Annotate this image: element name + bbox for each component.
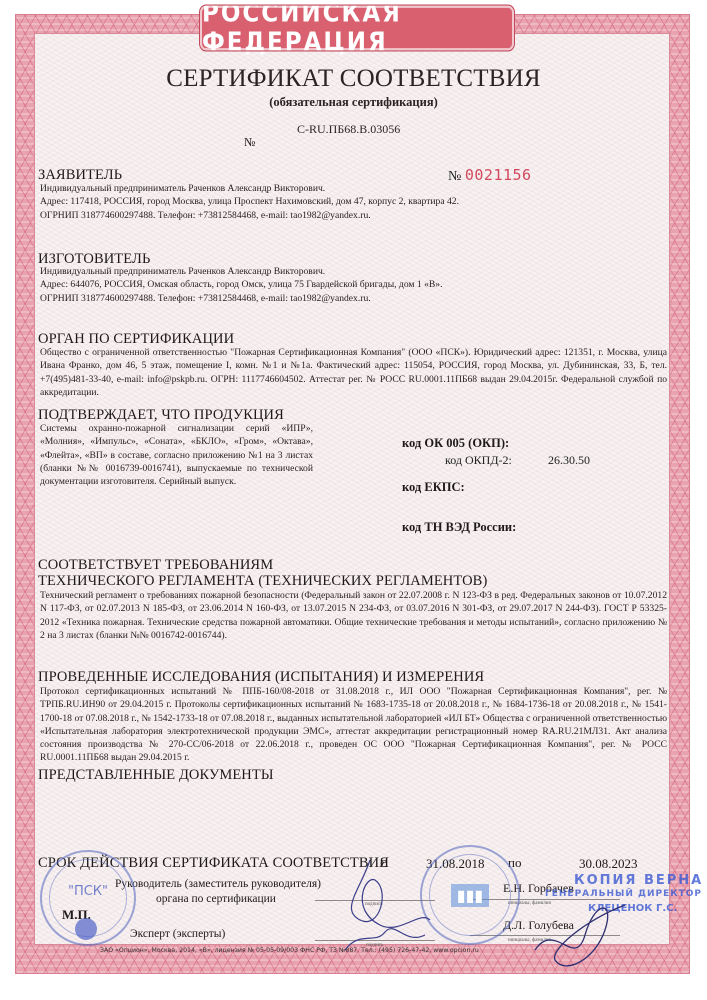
certificate-number: C-RU.ПБ68.В.03056 [297,122,400,137]
document-title: СЕРТИФИКАТ СООТВЕТСТВИЯ [0,65,707,93]
code-ekps-label: код ЕКПС: [402,480,465,495]
stamp-logo-icon: ▮▮▮ [451,884,489,907]
code-tnved-label: код ТН ВЭД России: [402,520,516,535]
manufacturer-details: Индивидуальный предприниматель Раченков … [40,265,670,305]
head-signature-icon [330,850,440,960]
certification-body-text: Общество с ограниченной ответственностью… [40,346,667,399]
head-label-2: органа по сертификации [156,893,276,905]
code-ok005-label: код ОК 005 (ОКП): [402,436,509,451]
expert-signature-icon [525,880,635,980]
expert-label: Эксперт (эксперты) [130,928,225,940]
documents-heading: ПРЕДСТАВЛЕННЫЕ ДОКУМЕНТЫ [38,767,274,784]
seal-logo-icon [75,918,97,940]
code-okpd2-value: 26.30.50 [548,453,590,468]
applicant-line: Индивидуальный предприниматель Раченков … [40,182,670,195]
applicant-line: ОГРНИП 318774600297488. Телефон: +738125… [40,209,670,222]
number-sign: № [244,135,255,150]
certificate-border [15,14,690,974]
country-banner: РОССИЙСКАЯ ФЕДЕРАЦИЯ [200,6,514,51]
applicant-details: Индивидуальный предприниматель Раченков … [40,182,670,222]
manufacturer-line: ОГРНИП 318774600297488. Телефон: +738125… [40,292,670,305]
validity-to-date: 30.08.2023 [579,856,638,872]
requirements-heading: СООТВЕТСТВУЕТ ТРЕБОВАНИЯМ [38,557,273,574]
printer-info: ЗАО «Опцион», Москва, 2014, «В», лицензи… [100,947,479,954]
manufacturer-line: Адрес: 644076, РОССИЯ, Омская область, г… [40,278,670,291]
tests-heading: ПРОВЕДЕННЫЕ ИССЛЕДОВАНИЯ (ИСПЫТАНИЯ) И И… [38,669,484,686]
regulations-heading: ТЕХНИЧЕСКОГО РЕГЛАМЕНТА (ТЕХНИЧЕСКИХ РЕГ… [38,573,487,590]
requirements-text: Технический регламент о требованиях пожа… [40,589,667,642]
manufacturer-line: Индивидуальный предприниматель Раченков … [40,265,670,278]
certificate-body [34,33,670,945]
tests-text: Протокол сертификационных испытаний № ПП… [40,685,667,765]
code-okpd2-label: код ОКПД-2: [445,453,512,468]
document-subtitle: (обязательная сертификация) [0,95,707,110]
applicant-line: Адрес: 117418, РОССИЯ, город Москва, ули… [40,195,670,208]
head-label-1: Руководитель (заместитель руководителя) [115,878,321,890]
product-text: Системы охранно-пожарной сигнализации се… [40,422,313,488]
seal-text: "ПСК" [68,884,108,899]
